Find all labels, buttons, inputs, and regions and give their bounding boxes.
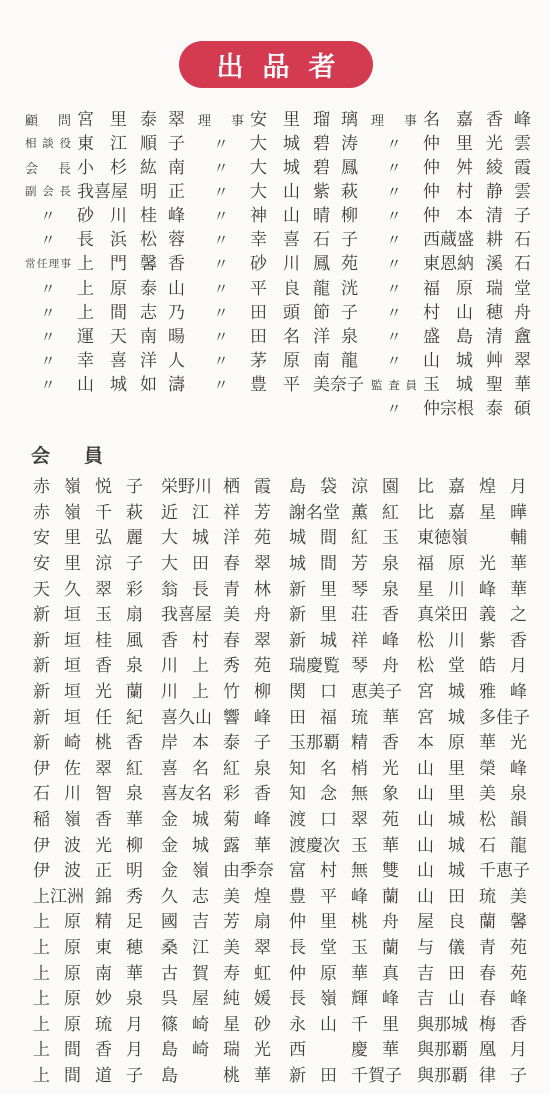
name-char: 玉 [423,376,440,393]
member-surname: 新里 [289,606,337,623]
member-givenname: 律子 [479,1067,527,1084]
ditto-mark: 〃 [198,181,244,202]
name-char: 天 [33,581,50,598]
ditto-mark: 〃 [371,133,417,154]
name-char: 喜 [110,352,127,369]
name-char: 里 [456,135,473,152]
name-char: 晴 [313,207,330,224]
name-char: 里 [448,760,465,777]
name-char: 堂 [323,504,340,521]
member-row: 安里弘麗大城洋苑城間紅玉東徳嶺輔 [33,525,527,551]
name-char: 明 [140,183,157,200]
member-name: 吉山春峰 [417,990,527,1007]
name-char: 華 [510,555,527,572]
name-char: 篠 [161,1016,178,1033]
name-char: 波 [64,837,81,854]
name-char: 嶺 [64,504,81,521]
member-surname: 上原 [33,1016,81,1033]
member-surname: 喜名 [161,760,209,777]
member-surname: 岸本 [161,734,209,751]
ditto-mark: 〃 [25,205,71,226]
member-name: 上原東穂 [33,939,143,956]
officer-givenname: 碧鳳 [313,159,358,176]
ditto-mark: 〃 [198,157,244,178]
name-char: 大 [161,555,178,572]
officer-givenname: 石子 [313,231,358,248]
member-surname: 赤嶺 [33,478,81,495]
member-name: 栄野川栖霞 [161,478,271,495]
member-name: 喜友名彩香 [161,785,271,802]
name-char: 喜 [161,760,178,777]
name-char: 真 [417,606,434,623]
name-char: 口 [320,683,337,700]
name-char: 知 [289,760,306,777]
name-char: 〃 [40,229,55,250]
name-char: 〃 [386,205,401,226]
member-name: 伊佐翠紅 [33,760,143,777]
member-givenname: 正明 [95,862,143,879]
officer-surname: 茅原 [250,352,300,369]
member-givenname: 無雙 [351,862,399,879]
member-surname: 桑江 [161,939,209,956]
name-char: 紅 [351,529,368,546]
name-char: 梅 [479,1016,496,1033]
name-char: 仲 [423,135,440,152]
ditto-mark: 〃 [198,229,244,250]
name-char: 那 [434,1067,451,1084]
member-name: 赤嶺悦子 [33,478,143,495]
name-char: 霞 [254,478,271,495]
name-char: 東 [417,529,434,546]
name-char: 山 [448,990,465,1007]
name-char: 苑 [341,255,358,272]
name-char: 上 [33,965,50,982]
name-char: 堂 [320,939,337,956]
name-char: 仲 [423,207,440,224]
officers-column-2: 理事安里瑠璃〃大城碧涛〃大城碧鳳〃大山紫萩〃神山晴柳〃幸喜石子〃砂川鳳苑〃平良龍… [198,107,358,397]
name-char: 南 [95,965,112,982]
member-givenname: 翠彩 [95,581,143,598]
name-char: 琴 [351,581,368,598]
name-char: 山 [283,183,300,200]
name-char: 子 [254,734,271,751]
name-char: 峰 [479,581,496,598]
member-surname: 星川 [417,581,465,598]
officer-surname: 大城 [250,159,300,176]
member-name: 石川智泉 [33,785,143,802]
name-char: 西 [289,1041,306,1058]
name-char: 桑 [161,939,178,956]
member-surname: 仲原 [289,965,337,982]
name-char: 千 [351,1067,368,1084]
name-char: 泉 [341,328,358,345]
name-char: 洋 [140,352,157,369]
name-char: 月 [126,1041,143,1058]
member-name: 安里涼子 [33,555,143,572]
name-char: 屋 [111,183,128,200]
member-surname: 川上 [161,657,209,674]
officer-surname: 神山 [250,207,300,224]
name-char: 龍 [313,280,330,297]
member-surname: 渡口 [289,811,337,828]
name-char: 砂 [254,1016,271,1033]
name-char: 穂 [126,939,143,956]
name-char: 幸 [250,231,267,248]
name-char: 原 [110,280,127,297]
name-char: 碩 [514,400,531,417]
member-givenname: 祥峰 [351,632,399,649]
name-char: 納 [457,255,474,272]
member-name: 山里美泉 [417,785,527,802]
name-char: 瑞 [486,280,503,297]
member-surname: 謝名堂 [289,504,337,521]
member-surname: 真栄田 [417,606,465,623]
name-char: 常 [25,256,36,271]
name-char: 光 [95,683,112,700]
member-givenname: 華光 [479,734,527,751]
name-char: 天 [110,328,127,345]
officer-givenname: 明正 [140,183,185,200]
member-row: 伊波光柳金城露華渡慶次玉華山城石龍 [33,832,527,858]
name-char: 萩 [341,183,358,200]
officer-givenname: 泰山 [140,280,185,297]
name-char: 明 [126,862,143,879]
name-char: 玉 [289,734,306,751]
name-char: 祥 [351,632,368,649]
name-char: 新 [33,657,50,674]
name-char: 精 [95,913,112,930]
name-char: 媛 [254,990,271,1007]
name-char: 蘭 [126,683,143,700]
name-char: 南 [168,159,185,176]
name-char: 喜 [94,183,111,200]
name-char: 榮 [479,760,496,777]
officer-title: 相談役 [25,135,71,151]
name-char: 翠 [95,760,112,777]
member-givenname: 峰蘭 [351,888,399,905]
name-char: 泰 [140,111,157,128]
name-char: 無 [351,785,368,802]
member-surname: 近江 [161,504,209,521]
name-char: 菊 [223,811,240,828]
name-char: 崎 [64,734,81,751]
name-char: 原 [283,352,300,369]
name-char: 春 [479,990,496,1007]
name-char: 村 [320,862,337,879]
name-char: 問 [58,110,71,129]
name-char: 喜 [161,785,178,802]
member-givenname: 祥芳 [223,504,271,521]
name-char: 城 [289,529,306,546]
officer-surname: 大山 [250,183,300,200]
officer-surname: 名嘉 [423,111,473,128]
name-char: 華 [510,581,527,598]
member-name: 瑞慶覧琴舟 [289,657,399,674]
name-char: 伊 [33,837,50,854]
name-char: 光 [254,1041,271,1058]
officer-title: 理事 [198,110,244,129]
officer-row: 〃大城碧鳳 [198,155,358,179]
officer-row: 〃東恩納溪石 [371,252,531,276]
name-char: 華 [254,1067,271,1084]
officer-surname: 仲村 [423,183,473,200]
name-char: 〃 [386,229,401,250]
name-char: 安 [250,111,267,128]
name-char: 泰 [486,400,503,417]
name-char: 田 [320,1067,337,1084]
member-surname: 新垣 [33,657,81,674]
member-givenname: 松韻 [479,811,527,828]
member-givenname: 春苑 [479,965,527,982]
name-char: 山 [77,376,94,393]
name-char: 仲 [289,913,306,930]
name-char: 新 [33,632,50,649]
name-char: 琉 [95,1016,112,1033]
name-char: 島 [456,328,473,345]
member-name: 謝名堂薫紅 [289,504,399,521]
member-givenname: 妙泉 [95,990,143,1007]
officer-row: 常任理事上門馨香 [25,252,185,276]
name-char: 月 [510,657,527,674]
name-char: 栄 [161,478,178,495]
name-char: 原 [64,939,81,956]
name-char: 〃 [40,278,55,299]
name-char: 間 [64,1067,81,1084]
name-char: 大 [250,135,267,152]
name-char: 舟 [382,913,399,930]
name-char: 垣 [64,709,81,726]
member-row: 赤嶺悦子栄野川栖霞島袋涼園比嘉煌月 [33,474,527,500]
name-char: 多 [479,709,496,726]
name-char: 上 [33,913,50,930]
name-char: 志 [192,888,209,905]
name-char: 聖 [486,376,503,393]
member-givenname: 翠紅 [95,760,143,777]
member-surname: 天久 [33,581,81,598]
name-char: 桂 [95,632,112,649]
name-char: 山 [195,709,212,726]
name-char: 小 [77,159,94,176]
name-char: 苑 [254,657,271,674]
officer-givenname: 艸翠 [486,352,531,369]
name-char: 福 [423,280,440,297]
name-char: 石 [313,231,330,248]
name-char: 上 [33,888,50,905]
member-surname: 山城 [417,811,465,828]
name-char: 子 [341,231,358,248]
name-char: 門 [110,255,127,272]
name-char: 栄 [434,606,451,623]
member-surname: 比嘉 [417,478,465,495]
name-char: 江 [192,939,209,956]
officer-row: 〃長浜松蓉 [25,228,185,252]
name-char: 桃 [95,734,112,751]
member-givenname: 栖霞 [223,478,271,495]
officer-surname: 宮里 [77,111,127,128]
name-char: 川 [448,632,465,649]
name-char: 里 [320,581,337,598]
name-char: 香 [510,1016,527,1033]
member-givenname: 涼子 [95,555,143,572]
name-char: 里 [320,606,337,623]
member-name: 島桃華 [161,1067,271,1084]
name-char: 麗 [126,529,143,546]
ditto-mark: 〃 [198,278,244,299]
name-char: 平 [283,376,300,393]
name-char: 〃 [213,133,228,154]
name-char: 由 [223,862,240,879]
officer-row: 〃福原瑞堂 [371,276,531,300]
member-givenname: 義之 [479,606,527,623]
member-surname: 翁長 [161,581,209,598]
name-char: 柳 [254,683,271,700]
member-name: 桑江美翠 [161,939,271,956]
name-char: 子 [513,862,530,879]
name-char: 田 [192,555,209,572]
member-givenname: 慶華 [351,1041,399,1058]
name-char: 翠 [514,352,531,369]
name-char: 與 [417,1041,434,1058]
member-name: 星川峰華 [417,581,527,598]
name-char: 良 [448,913,465,930]
member-row: 天久翠彩翁長青林新里琴泉星川峰華 [33,576,527,602]
name-char: 無 [351,862,368,879]
name-char: 城 [456,376,473,393]
member-name: 上間道子 [33,1067,143,1084]
name-char: 香 [510,632,527,649]
name-char: 川 [64,785,81,802]
name-char: 静 [486,183,503,200]
member-givenname: 春翠 [223,632,271,649]
name-char: 華 [126,811,143,828]
name-char: 大 [250,183,267,200]
member-givenname: 桂風 [95,632,143,649]
name-char: 泉 [382,555,399,572]
name-char: 洲 [67,888,84,905]
name-char: 智 [95,785,112,802]
name-char: 袋 [320,478,337,495]
member-givenname: 任紀 [95,709,143,726]
name-char: 義 [479,606,496,623]
officer-row: 〃村山穂舟 [371,300,531,324]
member-row: 上江洲錦秀久志美煌豊平峰蘭山田琉美 [33,884,527,910]
name-char: 香 [95,1041,112,1058]
name-char: 垣 [64,683,81,700]
name-char: 那 [434,1041,451,1058]
name-char: 原 [448,734,465,751]
officer-givenname: 洋泉 [313,328,358,345]
officer-surname: 西蔵盛 [423,231,473,248]
ditto-mark: 〃 [371,229,417,250]
ditto-mark: 〃 [371,398,417,419]
officer-row: 〃上原泰山 [25,276,185,300]
officer-givenname: 美奈子 [313,376,358,393]
officer-title: 常任理事 [25,256,71,271]
member-surname: 比嘉 [417,504,465,521]
name-char: 屋 [417,913,434,930]
name-char: 仲 [289,965,306,982]
name-char: 石 [514,231,531,248]
name-char: 〃 [213,181,228,202]
member-name: 新垣任紀 [33,709,143,726]
member-surname: 長堂 [289,939,337,956]
officer-surname: 平良 [250,280,300,297]
member-name: 本原華光 [417,734,527,751]
name-char: 覇 [323,734,340,751]
name-char: 嘉 [448,504,465,521]
name-char: 会 [25,158,38,177]
name-char: 濤 [168,376,185,393]
member-surname: 渡慶次 [289,837,337,854]
name-char: 星 [479,504,496,521]
member-surname: 松川 [417,632,465,649]
member-givenname: 荘香 [351,606,399,623]
name-char: 大 [161,529,178,546]
member-name: 喜名紅泉 [161,760,271,777]
name-char: 峰 [510,683,527,700]
name-char: 里 [382,1016,399,1033]
name-char: 玉 [351,939,368,956]
name-char: 仲 [423,400,440,417]
name-char: 喜 [178,606,195,623]
name-char: 〃 [386,350,401,371]
officer-surname: 長浜 [77,231,127,248]
officer-givenname: 晴柳 [313,207,358,224]
name-char: 翠 [254,939,271,956]
name-char: 春 [223,555,240,572]
name-char: 任 [95,709,112,726]
name-char: 頭 [283,304,300,321]
name-char: 喜 [161,709,178,726]
member-surname: 新垣 [33,632,81,649]
name-char: 與 [417,1016,434,1033]
officer-surname: 山城 [423,352,473,369]
officer-row: 〃大城碧涛 [198,131,358,155]
name-char: 那 [306,734,323,751]
member-surname: 新垣 [33,683,81,700]
name-char: 峰 [351,888,368,905]
name-char: 原 [456,280,473,297]
name-char: 杉 [110,159,127,176]
name-char: 恵 [351,683,368,700]
name-char: 城 [448,862,465,879]
name-char: 煌 [254,888,271,905]
name-char: 仲 [423,183,440,200]
name-char: 新 [289,1067,306,1084]
member-name: 宮城雅峰 [417,683,527,700]
name-char: 豊 [250,376,267,393]
ditto-mark: 〃 [371,302,417,323]
name-char: 萩 [126,504,143,521]
name-char: 儀 [448,939,465,956]
name-char: 光 [479,555,496,572]
name-char: 城 [192,837,209,854]
name-char: 〃 [40,350,55,371]
officer-surname: 砂川 [77,207,127,224]
member-givenname: 琴泉 [351,581,399,598]
member-name: 川上秀苑 [161,657,271,674]
member-name: 近江祥芳 [161,504,271,521]
name-char: 安 [33,529,50,546]
member-givenname: 梅香 [479,1016,527,1033]
officer-row: 理事安里瑠璃 [198,107,358,131]
officer-row: 会長小杉紘南 [25,155,185,179]
member-surname: 與那覇 [417,1041,465,1058]
name-char: 本 [192,734,209,751]
name-char: 嘉 [448,478,465,495]
name-char: 宮 [417,709,434,726]
officer-surname: 安里 [250,111,300,128]
